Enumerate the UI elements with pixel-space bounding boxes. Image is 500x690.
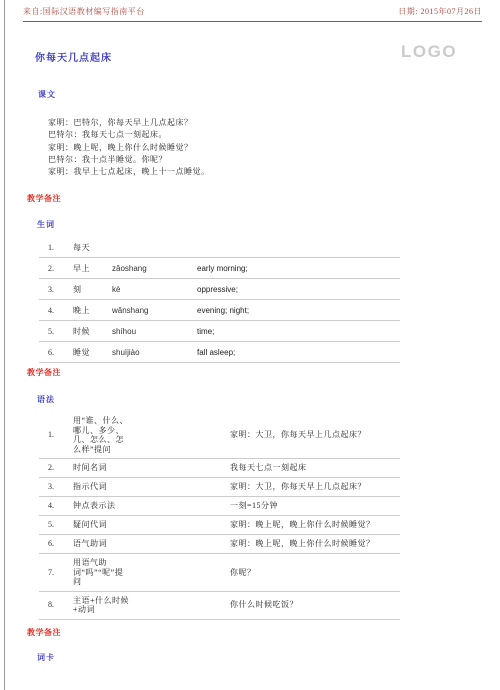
document-page: 来自:国际汉语教材编写指南平台 日期: 2015年07月26日 你每天几点起床 … bbox=[0, 0, 500, 690]
vocab-word: 时候 bbox=[73, 326, 112, 337]
teaching-notes-label-2: 教学备注 bbox=[27, 367, 61, 378]
vocab-row: 3. 刻 kè oppressive; bbox=[39, 279, 400, 300]
section-label-word-cards: 词卡 bbox=[37, 652, 55, 663]
vocab-row-number: 4. bbox=[39, 306, 73, 315]
section-label-text: 课文 bbox=[38, 89, 56, 100]
vocab-english: early morning; bbox=[197, 264, 400, 273]
teaching-notes-label-1: 教学备注 bbox=[27, 193, 61, 204]
grammar-row-number: 4. bbox=[39, 501, 73, 511]
grammar-example: 家明：晚上呢，晚上你什么时候睡觉？ bbox=[230, 539, 400, 549]
grammar-row-number: 8. bbox=[39, 600, 73, 610]
grammar-row: 3. 指示代词 家明：大卫，你每天早上几点起床？ bbox=[39, 478, 400, 497]
vocab-english: fall asleep; bbox=[197, 348, 400, 357]
grammar-point: 疑问代词 bbox=[73, 520, 129, 530]
grammar-example: 一刻=15分钟 bbox=[230, 501, 400, 511]
page-edge-line bbox=[4, 0, 5, 690]
vocab-row-number: 6. bbox=[39, 348, 73, 357]
grammar-point: 指示代词 bbox=[73, 482, 129, 492]
grammar-example: 家明：大卫，你每天早上几点起床？ bbox=[230, 482, 400, 492]
header-source: 来自:国际汉语教材编写指南平台 bbox=[23, 6, 145, 17]
vocab-word: 刻 bbox=[73, 284, 112, 295]
grammar-point: 时间名词 bbox=[73, 463, 129, 473]
logo-text: LOGO bbox=[401, 42, 457, 62]
grammar-row-number: 5. bbox=[39, 520, 73, 530]
vocab-pinyin: kè bbox=[112, 285, 197, 294]
vocab-english: time; bbox=[197, 327, 400, 336]
lesson-title: 你每天几点起床 bbox=[35, 49, 112, 64]
grammar-example: 你什么时候吃饭？ bbox=[230, 600, 400, 610]
dialogue-line: 巴特尔：我十点半睡觉。你呢？ bbox=[48, 154, 210, 166]
header-divider bbox=[23, 21, 482, 22]
grammar-row: 5. 疑问代词 家明：晚上呢，晚上你什么时候睡觉？ bbox=[39, 516, 400, 535]
vocab-pinyin: shíhou bbox=[112, 327, 197, 336]
vocab-pinyin: zǎoshang bbox=[112, 264, 197, 273]
section-label-grammar: 语法 bbox=[37, 394, 55, 405]
grammar-row: 6. 语气助词 家明：晚上呢，晚上你什么时候睡觉？ bbox=[39, 535, 400, 554]
grammar-example: 我每天七点一刻起床 bbox=[230, 463, 400, 473]
vocab-row: 5. 时候 shíhou time; bbox=[39, 321, 400, 342]
dialogue-block: 家明：巴特尔，你每天早上几点起床？ 巴特尔：我每天七点一刻起床。 家明：晚上呢，… bbox=[48, 117, 210, 178]
grammar-point: 主语+什么时候+动词 bbox=[73, 596, 129, 615]
dialogue-line: 巴特尔：我每天七点一刻起床。 bbox=[48, 129, 210, 141]
grammar-point: 用语气助词“吗”“呢”提问 bbox=[73, 558, 129, 587]
dialogue-line: 家明：巴特尔，你每天早上几点起床？ bbox=[48, 117, 210, 129]
grammar-point: 语气助词 bbox=[73, 539, 129, 549]
vocab-english: oppressive; bbox=[197, 285, 400, 294]
dialogue-line: 家明：我早上七点起床，晚上十一点睡觉。 bbox=[48, 166, 210, 178]
grammar-example: 家明：晚上呢，晚上你什么时候睡觉？ bbox=[230, 520, 400, 530]
grammar-point: 用“谁、什么、哪儿、多少、几、怎么、怎么样”提问 bbox=[73, 416, 129, 454]
vocab-word: 睡觉 bbox=[73, 347, 112, 358]
teaching-notes-label-3: 教学备注 bbox=[27, 627, 61, 638]
grammar-row-number: 6. bbox=[39, 539, 73, 549]
vocab-pinyin: shuìjiào bbox=[112, 348, 197, 357]
vocab-english: evening; night; bbox=[197, 306, 400, 315]
vocab-row-number: 3. bbox=[39, 285, 73, 294]
grammar-row: 7. 用语气助词“吗”“呢”提问 你呢？ bbox=[39, 554, 400, 592]
grammar-row-number: 2. bbox=[39, 463, 73, 473]
header-date: 日期: 2015年07月26日 bbox=[398, 6, 482, 17]
vocab-row-number: 1. bbox=[39, 243, 73, 252]
vocab-word: 早上 bbox=[73, 263, 112, 274]
vocab-row: 2. 早上 zǎoshang early morning; bbox=[39, 258, 400, 279]
grammar-example: 家明：大卫，你每天早上几点起床？ bbox=[230, 430, 400, 440]
vocab-word: 每天 bbox=[73, 242, 112, 253]
grammar-row: 2. 时间名词 我每天七点一刻起床 bbox=[39, 459, 400, 478]
vocab-word: 晚上 bbox=[73, 305, 112, 316]
vocab-row-number: 2. bbox=[39, 264, 73, 273]
grammar-row: 4. 钟点表示法 一刻=15分钟 bbox=[39, 497, 400, 516]
grammar-row-number: 1. bbox=[39, 430, 73, 440]
grammar-row: 8. 主语+什么时候+动词 你什么时候吃饭？ bbox=[39, 592, 400, 620]
vocab-row: 1. 每天 bbox=[39, 237, 400, 258]
dialogue-line: 家明：晚上呢，晚上你什么时候睡觉？ bbox=[48, 142, 210, 154]
vocab-row-number: 5. bbox=[39, 327, 73, 336]
section-label-vocabulary: 生词 bbox=[37, 219, 55, 230]
grammar-row: 1. 用“谁、什么、哪儿、多少、几、怎么、怎么样”提问 家明：大卫，你每天早上几… bbox=[39, 412, 400, 459]
vocab-pinyin: wǎnshang bbox=[112, 306, 197, 315]
grammar-example: 你呢？ bbox=[230, 568, 400, 578]
vocab-row: 4. 晚上 wǎnshang evening; night; bbox=[39, 300, 400, 321]
page-header: 来自:国际汉语教材编写指南平台 日期: 2015年07月26日 bbox=[23, 6, 482, 17]
grammar-point: 钟点表示法 bbox=[73, 501, 129, 511]
grammar-row-number: 7. bbox=[39, 568, 73, 578]
vocabulary-table: 1. 每天 2. 早上 zǎoshang early morning; 3. 刻… bbox=[39, 237, 400, 363]
vocab-row: 6. 睡觉 shuìjiào fall asleep; bbox=[39, 342, 400, 363]
grammar-row-number: 3. bbox=[39, 482, 73, 492]
grammar-table: 1. 用“谁、什么、哪儿、多少、几、怎么、怎么样”提问 家明：大卫，你每天早上几… bbox=[39, 412, 400, 620]
